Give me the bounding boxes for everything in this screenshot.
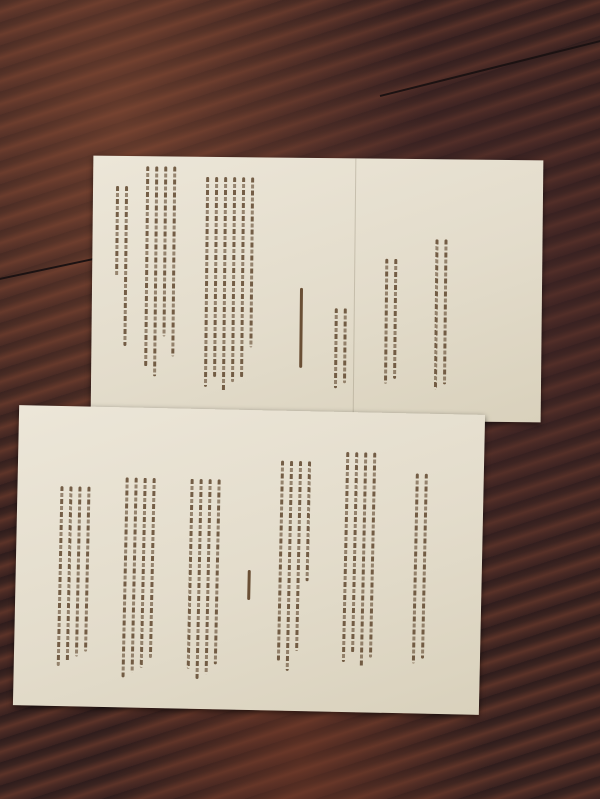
paper-fold [353,158,357,420]
handwriting-block [119,477,159,678]
handwriting-block [409,473,431,673]
handwriting-block [141,166,179,386]
manuscript-page-top [91,156,544,423]
underlined-title [299,288,303,368]
handwriting-block [339,452,380,673]
handwriting-block [331,308,350,388]
handwriting-block [54,486,94,667]
handwriting-block [184,479,224,680]
handwriting-block-underlined [201,177,257,398]
handwriting-block [381,259,400,389]
handwriting-block [274,461,314,672]
handwriting-block [111,186,131,356]
handwriting-block [431,239,451,389]
divider-mark [247,570,251,600]
manuscript-page-bottom [13,405,485,715]
